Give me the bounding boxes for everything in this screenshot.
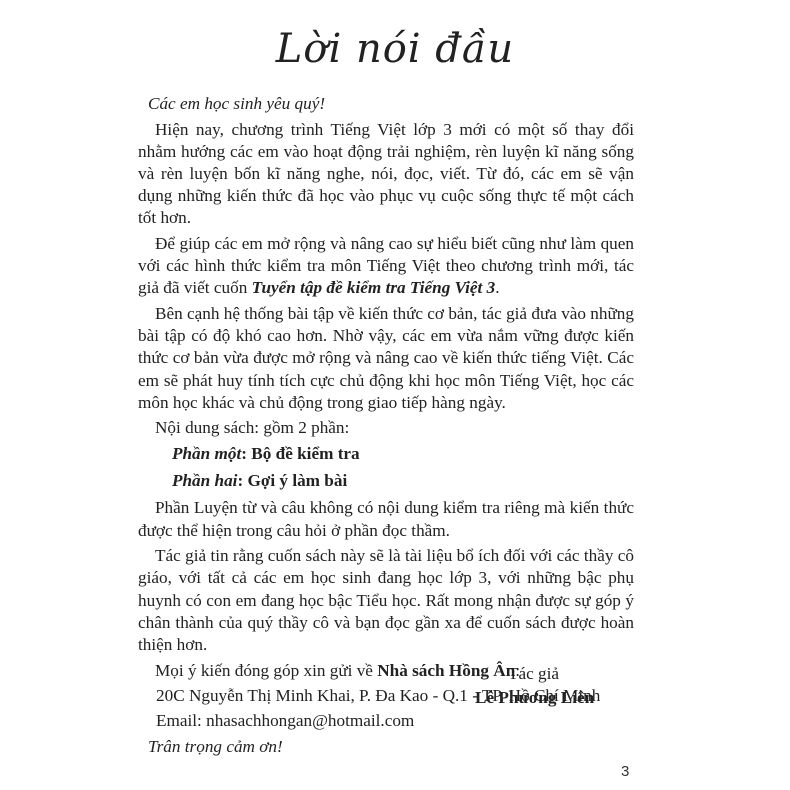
page-number: 3 — [621, 763, 629, 780]
paragraph-exercises: Bên cạnh hệ thống bài tập về kiến thức c… — [138, 303, 634, 414]
paragraph-vocabulary: Phần Luyện từ và câu không có nội dung k… — [138, 497, 634, 541]
document-page: Lời nói đầu Các em học sinh yêu quý! Hiệ… — [0, 0, 790, 790]
paragraph-intro: Hiện nay, chương trình Tiếng Việt lớp 3 … — [138, 119, 634, 230]
paragraph-hope: Tác giả tin rằng cuốn sách này sẽ là tài… — [138, 545, 634, 656]
signature-name: Lê Phương Liên — [475, 688, 594, 708]
closing-thanks: Trân trọng cảm ơn! — [138, 736, 634, 758]
publisher-name: Nhà sách Hồng Ân — [377, 661, 515, 680]
part-two: Phần hai: Gợi ý làm bài — [138, 470, 634, 492]
paragraph-feedback: Mọi ý kiến đóng góp xin gửi về Nhà sách … — [138, 660, 634, 682]
signature-role: Tác giả — [508, 664, 559, 684]
preface-body: Các em học sinh yêu quý! Hiện nay, chươn… — [138, 93, 634, 761]
part-one: Phần một: Bộ đề kiểm tra — [138, 443, 634, 465]
paragraph-purpose: Để giúp các em mở rộng và nâng cao sự hi… — [138, 233, 634, 300]
book-title: Tuyển tập đề kiểm tra Tiếng Việt 3 — [252, 278, 496, 297]
paragraph-contents: Nội dung sách: gồm 2 phần: — [138, 417, 634, 439]
greeting: Các em học sinh yêu quý! — [138, 93, 634, 115]
publisher-email: Email: nhasachhongan@hotmail.com — [138, 710, 634, 732]
page-title: Lời nói đầu — [0, 26, 790, 72]
